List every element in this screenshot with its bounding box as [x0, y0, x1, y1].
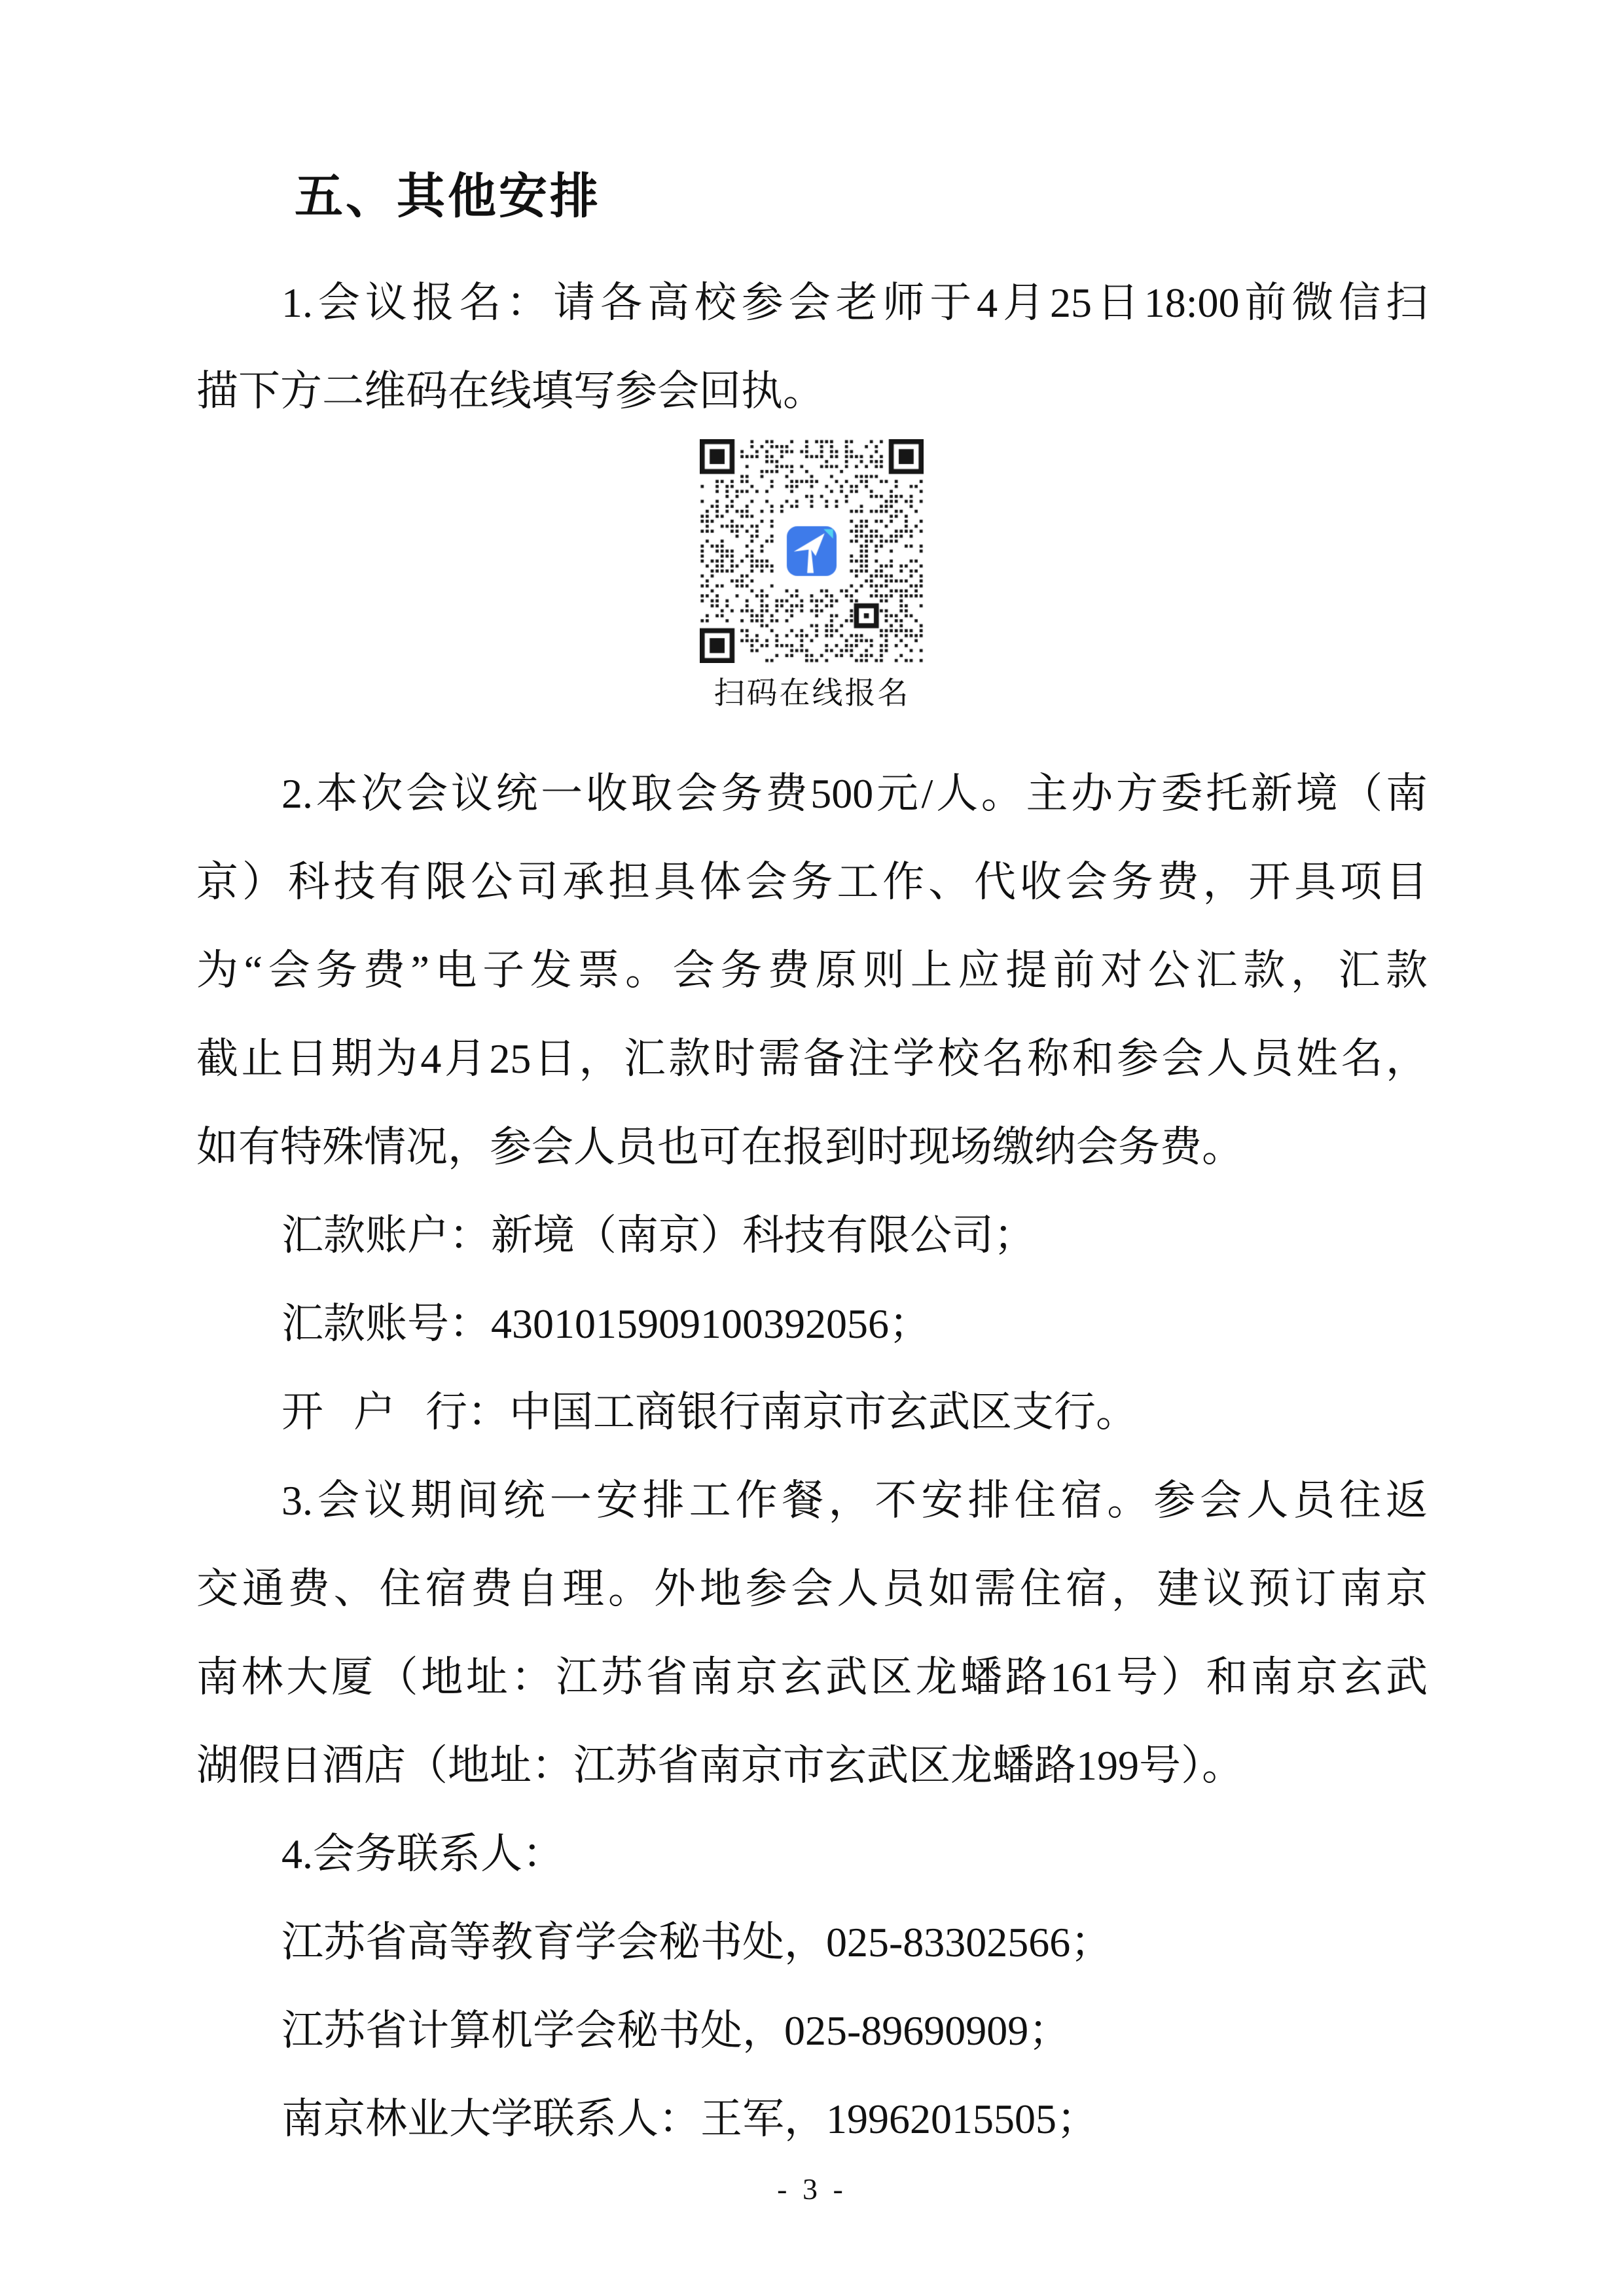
paragraph-line: 4.会务联系人：	[196, 1810, 1428, 1898]
paragraph-line: 交通费、住宿费自理。外地参会人员如需住宿，建议预订南京	[196, 1545, 1428, 1633]
qr-code-block	[700, 439, 924, 663]
paragraph-line: 如有特殊情况，参会人员也可在报到时现场缴纳会务费。	[196, 1103, 1428, 1191]
paragraph-line: 京）科技有限公司承担具体会务工作、代收会务费，开具项目	[196, 838, 1428, 926]
paragraph-line: 南林大厦（地址：江苏省南京玄武区龙蟠路161号）和南京玄武	[196, 1633, 1428, 1721]
contact-line: 江苏省高等教育学会秘书处，025-83302566；	[196, 1898, 1428, 1986]
paragraph-line: 截止日期为4月25日，汇款时需备注学校名称和参会人员姓名，	[196, 1014, 1428, 1103]
section-heading: 五、其他安排	[196, 160, 1428, 232]
paragraph-line: 描下方二维码在线填写参会回执。	[196, 347, 1428, 435]
contact-line: 江苏省计算机学会秘书处，025-89690909；	[196, 1986, 1428, 2075]
bank-branch-line: 开 户 行：中国工商银行南京市玄武区支行。	[196, 1368, 1428, 1456]
qr-code	[700, 439, 924, 663]
paragraph-line: 为“会务费”电子发票。会务费原则上应提前对公汇款，汇款	[196, 926, 1428, 1014]
paragraph-line: 1.会议报名：请各高校参会老师于4月25日18:00前微信扫	[196, 259, 1428, 347]
contact-line: 南京林业大学联系人：王军，19962015505；	[196, 2075, 1428, 2163]
qr-caption: 扫码在线报名	[196, 668, 1428, 720]
remit-number-line: 汇款账号：4301015909100392056；	[196, 1280, 1428, 1368]
paragraph-line: 湖假日酒店（地址：江苏省南京市玄武区龙蟠路199号）。	[196, 1721, 1428, 1810]
paragraph-line: 2.本次会议统一收取会务费500元/人。主办方委托新境（南	[196, 749, 1428, 838]
page-number: - 3 -	[196, 2160, 1428, 2219]
remit-account-line: 汇款账户：新境（南京）科技有限公司；	[196, 1191, 1428, 1280]
document-page: 五、其他安排 1.会议报名：请各高校参会老师于4月25日18:00前微信扫 描下…	[0, 0, 1624, 2296]
paragraph-line: 3.会议期间统一安排工作餐，不安排住宿。参会人员往返	[196, 1456, 1428, 1545]
